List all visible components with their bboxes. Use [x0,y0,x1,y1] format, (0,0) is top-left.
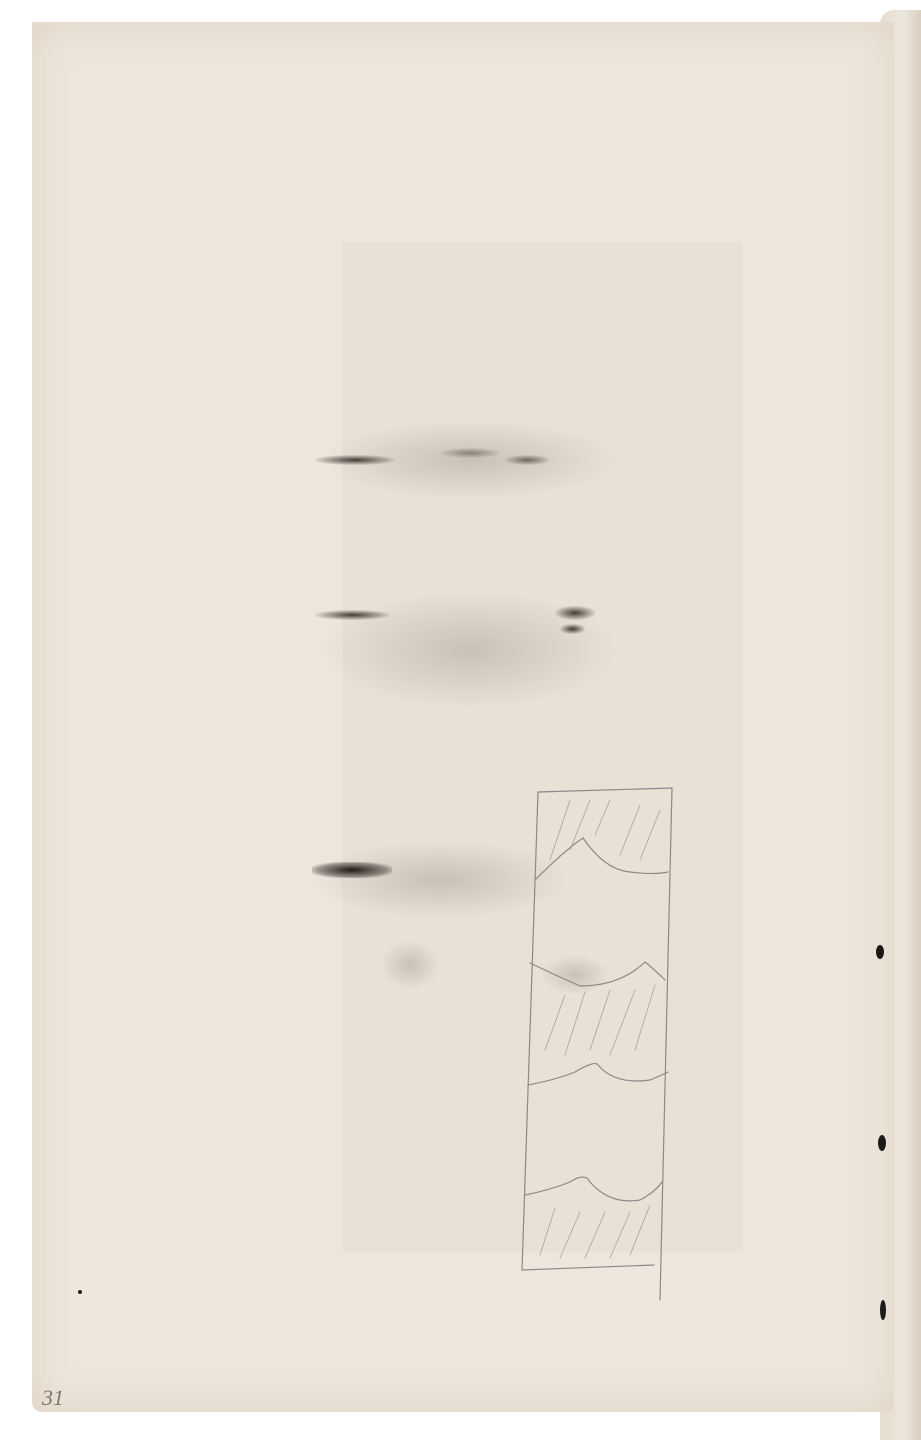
sketchbook-page [32,22,894,1412]
ink-smudge [315,610,390,620]
ink-smudge [440,448,500,458]
ink-smudge [312,862,392,878]
edge-ink-spot [880,1300,886,1320]
ink-haze [380,940,440,990]
ink-smudge [505,455,550,465]
ink-smudge [560,624,585,634]
pencil-sketch-strip [510,780,690,1310]
ink-dot [78,1290,82,1294]
edge-ink-spot [878,1135,886,1151]
page-number: 31 [42,1385,64,1411]
ink-smudge [555,606,595,620]
edge-ink-spot [876,945,884,959]
ink-smudge [315,455,395,465]
